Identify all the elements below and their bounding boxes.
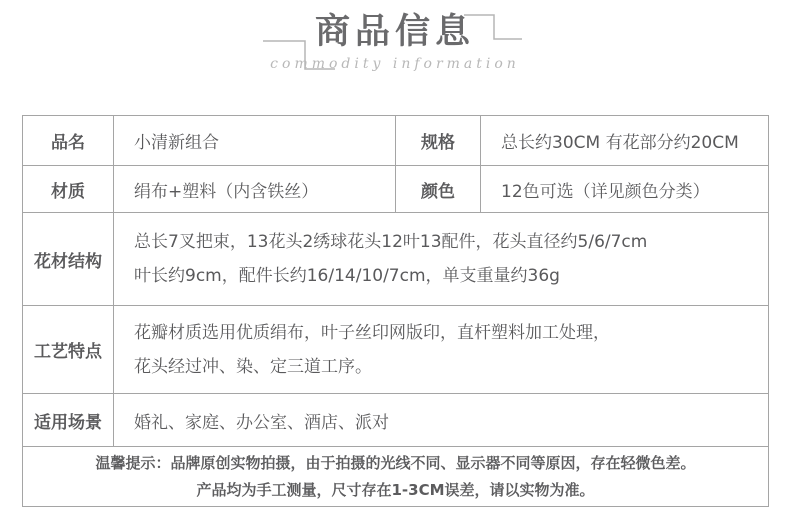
title-block: 商品信息 commodity information <box>0 10 790 72</box>
notice-line-1: 温馨提示：品牌原创实物拍摄，由于拍摄的光线不同、显示器不同等原因，存在轻微色差。 <box>23 450 768 477</box>
field-value-craft-features: 花瓣材质选用优质绢布，叶子丝印网版印，直杆塑料加工处理， 花头经过冲、染、定三道… <box>114 306 769 394</box>
page-subtitle: commodity information <box>0 56 790 72</box>
field-label-applicable-scenes: 适用场景 <box>23 394 114 447</box>
craft-features-line-1: 花瓣材质选用优质绢布，叶子丝印网版印，直杆塑料加工处理， <box>134 316 768 350</box>
table-row-name-spec: 品名 小清新组合 规格 总长约30CM 有花部分约20CM <box>23 116 769 166</box>
field-value-specification: 总长约30CM 有花部分约20CM <box>481 116 769 166</box>
field-value-material: 绢布+塑料（内含铁丝） <box>114 166 396 213</box>
field-label-material: 材质 <box>23 166 114 213</box>
table-row-applicable-scenes: 适用场景 婚礼、家庭、办公室、酒店、派对 <box>23 394 769 447</box>
table-row-craft-features: 工艺特点 花瓣材质选用优质绢布，叶子丝印网版印，直杆塑料加工处理， 花头经过冲、… <box>23 306 769 394</box>
craft-features-line-2: 花头经过冲、染、定三道工序。 <box>134 350 768 384</box>
field-label-product-name: 品名 <box>23 116 114 166</box>
product-info-page: 商品信息 commodity information 品名 小清新组合 规格 总… <box>0 0 790 528</box>
field-value-flower-structure: 总长7叉把束，13花头2绣球花头12叶13配件，花头直径约5/6/7cm 叶长约… <box>114 213 769 306</box>
field-label-flower-structure: 花材结构 <box>23 213 114 306</box>
step-bracket-right-decoration <box>462 12 524 42</box>
warm-notice: 温馨提示：品牌原创实物拍摄，由于拍摄的光线不同、显示器不同等原因，存在轻微色差。… <box>23 447 769 507</box>
field-value-color: 12色可选（详见颜色分类） <box>481 166 769 213</box>
field-value-product-name: 小清新组合 <box>114 116 396 166</box>
page-title: 商品信息 <box>0 10 790 54</box>
notice-line-2: 产品均为手工测量，尺寸存在1-3CM误差，请以实物为准。 <box>23 477 768 504</box>
flower-structure-line-1: 总长7叉把束，13花头2绣球花头12叶13配件，花头直径约5/6/7cm <box>134 225 768 259</box>
field-label-specification: 规格 <box>396 116 481 166</box>
field-value-applicable-scenes: 婚礼、家庭、办公室、酒店、派对 <box>114 394 769 447</box>
field-label-color: 颜色 <box>396 166 481 213</box>
flower-structure-line-2: 叶长约9cm，配件长约16/14/10/7cm，单支重量约36g <box>134 259 768 293</box>
product-info-table: 品名 小清新组合 规格 总长约30CM 有花部分约20CM 材质 绢布+塑料（内… <box>22 115 769 507</box>
table-row-flower-structure: 花材结构 总长7叉把束，13花头2绣球花头12叶13配件，花头直径约5/6/7c… <box>23 213 769 306</box>
table-row-material-color: 材质 绢布+塑料（内含铁丝） 颜色 12色可选（详见颜色分类） <box>23 166 769 213</box>
table-row-notice: 温馨提示：品牌原创实物拍摄，由于拍摄的光线不同、显示器不同等原因，存在轻微色差。… <box>23 447 769 507</box>
field-label-craft-features: 工艺特点 <box>23 306 114 394</box>
header: 商品信息 commodity information <box>0 0 790 100</box>
